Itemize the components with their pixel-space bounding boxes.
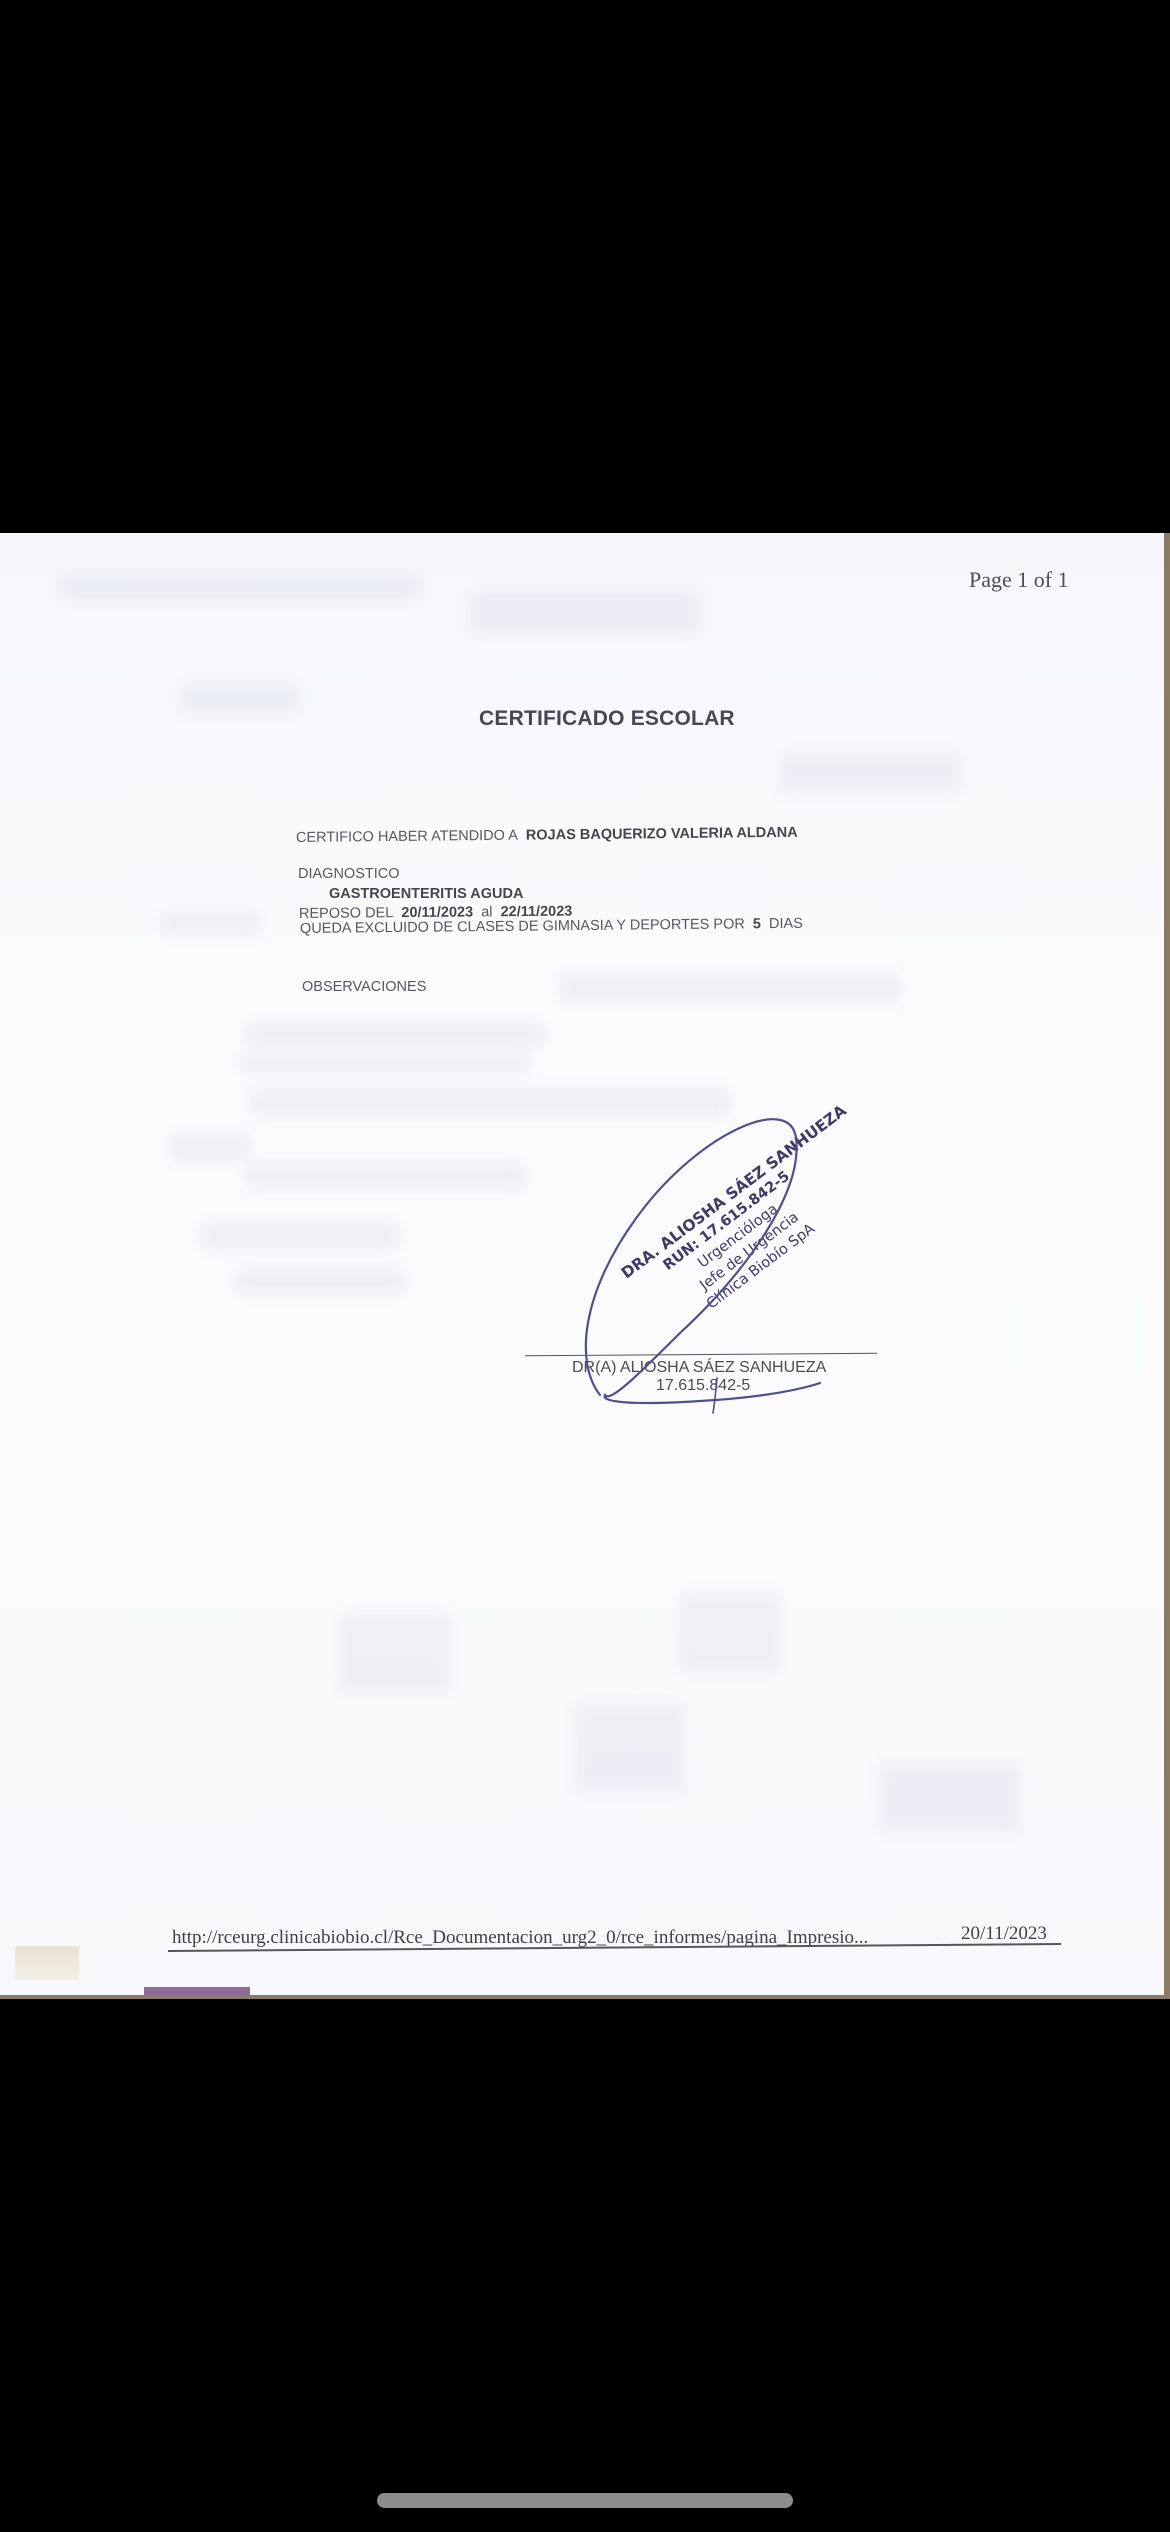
home-indicator[interactable] (377, 2493, 793, 2508)
page-number: Page 1 of 1 (969, 567, 1069, 593)
paper-scrap (15, 1946, 79, 1980)
document-title: CERTIFICADO ESCOLAR (479, 707, 735, 731)
bleed-through (880, 1763, 1020, 1833)
signature-line (525, 1353, 877, 1356)
bleed-through (235, 1268, 405, 1294)
bleed-through (60, 573, 420, 599)
bleed-through (575, 1703, 685, 1793)
patient-name: ROJAS BAQUERIZO VALERIA ALDANA (526, 825, 798, 844)
signer-id: 17.615.842-5 (656, 1377, 750, 1395)
bleed-through (245, 1023, 545, 1047)
bleed-through (560, 973, 900, 1003)
observations-label: OBSERVACIONES (302, 979, 426, 995)
exclusion-suffix: DIAS (769, 916, 803, 932)
exclusion-prefix: QUEDA EXCLUIDO DE CLASES DE GIMNASIA Y D… (300, 916, 745, 937)
certificate-page: Page 1 of 1 CERTIFICADO ESCOLAR CERTIFIC… (0, 533, 1164, 1995)
signer-name: DR(A) ALIOSHA SÁEZ SANHUEZA (572, 1359, 826, 1377)
attended-statement: CERTIFICO HABER ATENDIDO A ROJAS BAQUERI… (296, 825, 798, 846)
bleed-through (680, 1593, 780, 1673)
bleed-through (250, 1088, 730, 1116)
bleed-through (170, 1133, 250, 1161)
bleed-through (200, 1223, 400, 1249)
bleed-through (240, 1053, 530, 1073)
bleed-through (780, 753, 960, 793)
doctor-stamp: DRA. ALIOSHA SÁEZ SANHUEZA RUN: 17.615.8… (618, 1130, 859, 1344)
print-date: 20/11/2023 (961, 1923, 1047, 1945)
bleed-through (160, 911, 260, 935)
exclusion-days: 5 (753, 916, 761, 932)
bleed-through (340, 1613, 450, 1693)
rest-connector: al (481, 904, 492, 920)
bleed-through (180, 683, 300, 713)
diagnosis-value: GASTROENTERITIS AGUDA (329, 886, 523, 902)
diagnosis-label: DIAGNOSTICO (298, 866, 400, 882)
bleed-through (470, 593, 700, 633)
bleed-through (245, 1163, 525, 1189)
attended-prefix: CERTIFICO HABER ATENDIDO A (296, 828, 518, 846)
background-object (144, 1987, 250, 1995)
